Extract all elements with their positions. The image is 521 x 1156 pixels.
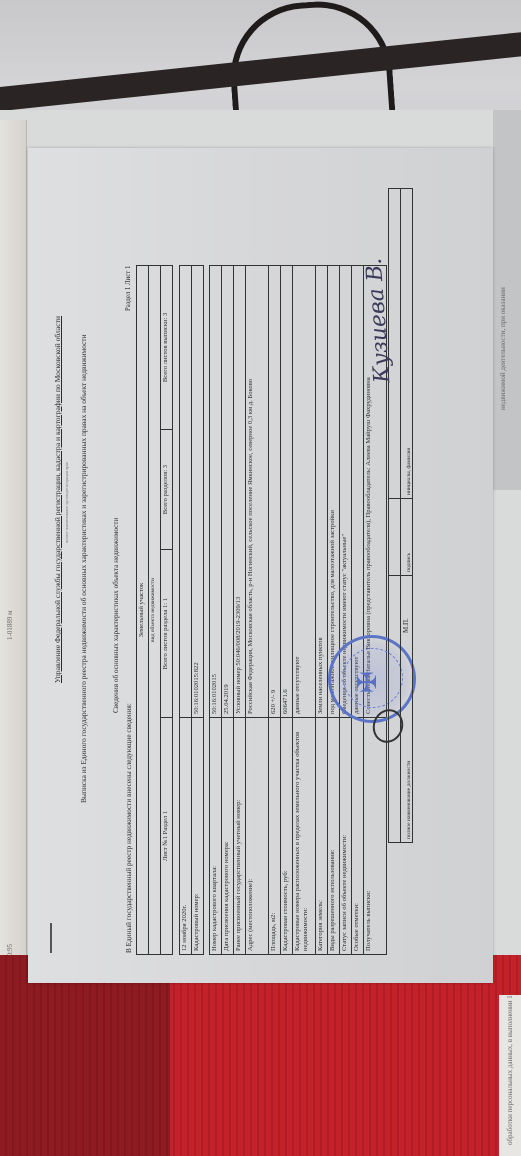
- stamp-place-caption: М.П.: [402, 618, 410, 633]
- table-row: Особые отметки:данные отсутствуют: [352, 266, 364, 955]
- underlying-sheet-edge: 1-01889 м 40:95: [0, 120, 27, 980]
- barcode-mark: [50, 923, 52, 953]
- rotated-document: Управление Федеральной службы государств…: [28, 148, 493, 983]
- sheet-header-row: Лист №1 Раздел 1 Всего листов раздела 1:…: [161, 266, 173, 955]
- table-row: Ранее присвоенный государственный учетны…: [234, 266, 246, 955]
- sheets-in-section: Всего листов раздела 1: 1: [161, 550, 173, 718]
- document-page: Управление Федеральной службы государств…: [28, 148, 493, 983]
- row-label: Ранее присвоенный государственный учетны…: [234, 718, 246, 955]
- table-row: Площадь, м2:620 +/- 9: [269, 266, 281, 955]
- row-label: Дата присвоения кадастрового номера:: [222, 718, 234, 955]
- row-label: Особые отметки:: [352, 718, 364, 955]
- spacer: [173, 266, 180, 955]
- edge-text-right-top: недвижимой деятельности, при оказании: [499, 287, 507, 410]
- section-label: Раздел 1 Лист 1: [125, 266, 133, 311]
- folder-label-text: обработки персональных данных, в выполне…: [506, 995, 514, 1145]
- right-sheet-edge: недвижимой деятельности, при оказании: [493, 110, 521, 490]
- row-label: Площадь, м2:: [269, 718, 281, 955]
- row-label: Кадастровая стоимость, руб:: [281, 718, 293, 955]
- table-row: Адрес (местоположение):Российская Федера…: [246, 266, 269, 955]
- edge-text-left-top: 1-01889 м: [6, 610, 14, 640]
- position-field: [389, 576, 401, 843]
- row-label: Получатель выписки:: [364, 718, 387, 955]
- table-row: Дата присвоения кадастрового номера:25.0…: [222, 266, 234, 955]
- row-value: 25.04.2019: [222, 266, 234, 718]
- row-value: 620 +/- 9: [269, 266, 281, 718]
- sheet-number: Лист №1 Раздел 1: [161, 718, 173, 955]
- extract-title: Выписка из Единого государственного реес…: [80, 334, 89, 803]
- eagle-emblem-icon: ✠: [353, 671, 383, 693]
- table-row: Категория земель:Земли населенных пункто…: [316, 266, 328, 955]
- signature-field: [389, 499, 401, 576]
- sheets-total: Всего листов выписки: 3: [161, 266, 173, 430]
- object-type-caption: вид объекта недвижимости: [149, 266, 161, 955]
- date-empty: [180, 266, 192, 718]
- position-caption: полное наименование должности: [401, 576, 413, 843]
- signature-table: полное наименование должности подпись ин…: [388, 188, 413, 843]
- row-value: 50:16:0102015:822: [192, 266, 204, 718]
- row-label: Номер кадастрового квартала:: [210, 718, 222, 955]
- signature-caption: подпись: [401, 499, 413, 576]
- row-value: 606471.6: [281, 266, 293, 718]
- object-type: Земельный участок: [137, 266, 149, 955]
- row-value: данные отсутствуют: [293, 266, 316, 718]
- intro-text: В Единый государственный реестр недвижим…: [125, 703, 133, 953]
- row-label: Виды разрешенного использования:: [328, 718, 340, 955]
- row-value: Российская Федерация, Московская область…: [246, 266, 269, 718]
- sections-total: Всего разделов: 3: [161, 429, 173, 550]
- agency-caption: полное наименование органа регистрации п…: [65, 462, 70, 543]
- table-row: Номер кадастрового квартала:50:16:010201…: [210, 266, 222, 955]
- section-title: Сведения об основных характеристиках объ…: [112, 518, 120, 713]
- row-value: Земли населенных пунктов: [316, 266, 328, 718]
- red-folder-shadow: [0, 955, 170, 1156]
- row-value: Условный номер 50:046/008/2019-2309/13: [234, 266, 246, 718]
- row-label: Адрес (местоположение):: [246, 718, 269, 955]
- agency-name: Управление Федеральной службы государств…: [54, 316, 63, 683]
- table-row: Статус записи об объекте недвижимости:Св…: [340, 266, 352, 955]
- row-label: Статус записи об объекте недвижимости:: [340, 718, 352, 955]
- row-label: Категория земель:: [316, 718, 328, 955]
- row-label: Кадастровый номер:: [192, 718, 204, 955]
- table-row: Кадастровые номера расположенных в преде…: [293, 266, 316, 955]
- table-row: Кадастровый номер:50:16:0102015:822: [192, 266, 204, 955]
- folder-label: обработки персональных данных, в выполне…: [499, 995, 521, 1156]
- initials-caption: инициалы, фамилия: [401, 189, 413, 499]
- property-table: Земельный участок вид объекта недвижимос…: [136, 265, 387, 955]
- table-row: Виды разрешенного использования:под мало…: [328, 266, 340, 955]
- row-label: Кадастровые номера расположенных в преде…: [293, 718, 316, 955]
- row-value: 50:16:0102015: [210, 266, 222, 718]
- date-cell: 12 ноября 2020г.: [180, 718, 192, 955]
- table-row: Кадастровая стоимость, руб:606471.6: [281, 266, 293, 955]
